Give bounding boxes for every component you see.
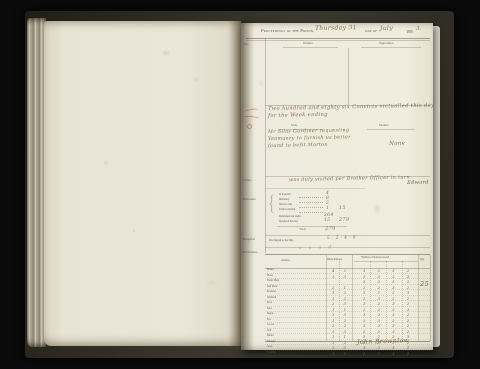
provision-label: Flour <box>267 274 273 277</box>
visit-underrule <box>265 188 365 189</box>
ration-values-a: 1 2 <box>326 351 352 356</box>
sick-row-label: Under restraint <box>279 208 295 211</box>
qty-header: Qty. <box>420 258 425 261</box>
ration-values-b: 2 2 3 2 <box>354 351 418 356</box>
names-underline <box>283 47 338 48</box>
provisions-table: Articles. Daily Rations Number of Ration… <box>265 254 430 342</box>
marginal-count-annotation: 25 <box>420 281 429 288</box>
column-divider-rule <box>348 48 349 105</box>
provision-label: Peas <box>267 301 272 304</box>
red-ink-dot <box>247 124 252 129</box>
photograph-of-ledger: Proceedings at the Prison, Thursday 31 D… <box>0 0 480 369</box>
provision-label: Candles <box>267 351 276 354</box>
provision-label: Soap <box>267 345 272 348</box>
discharge-label: Discharged to the Ship <box>269 239 294 242</box>
provision-label: Cocoa <box>267 323 274 326</box>
handwritten-report-line3: found to befit Morton <box>268 144 328 150</box>
dotted-leader <box>299 206 323 208</box>
sick-row-value: 1 <box>326 207 329 212</box>
group-b-subrule <box>354 261 418 262</box>
handwritten-entry-line2: for the Week ending <box>268 113 328 119</box>
margin-hospital-label: Hospital. <box>243 238 255 241</box>
provision-row: Candles1 22 2 3 2 <box>265 351 430 357</box>
deaths-sublabel: Deaths. <box>379 124 389 127</box>
provision-label: Salt <box>267 329 271 332</box>
handwritten-month: July <box>380 26 393 32</box>
group-b-header: Number of Rations issued <box>361 256 389 259</box>
blank-left-page <box>44 21 241 346</box>
discharge-bottom-rule <box>265 247 430 248</box>
proceedings-form-page: Proceedings at the Prison, Thursday 31 D… <box>241 23 433 350</box>
form-title: Proceedings at the Prison, <box>261 29 315 34</box>
day-of-label: DAY OF <box>365 30 377 33</box>
sick-row-label: Infirmary <box>279 198 289 201</box>
provision-label: Vinegar <box>267 340 276 343</box>
total-value: 279 <box>325 227 336 232</box>
red-ink-mark <box>244 108 258 114</box>
sick-subtotal: 15 <box>339 207 346 212</box>
handwritten-report-line2: Yeomanry to furnish us better <box>268 136 351 143</box>
signatures-column-label: Signatures. <box>379 42 394 45</box>
provision-label: Butter <box>267 334 274 337</box>
count-row-value: 15 <box>324 219 331 224</box>
provision-label: Tea <box>267 318 271 321</box>
handwritten-entry-line1: Two hundred and eighty six Convicts vict… <box>268 104 434 113</box>
header-rule <box>246 38 430 39</box>
margin-vertical-rule <box>265 38 266 253</box>
handwritten-visit-line: was duly visited per Brother Officer in … <box>289 176 410 183</box>
dotted-leader <box>299 201 323 203</box>
margin-no-label: No. <box>244 43 249 46</box>
margin-provisions-label: Provisions. <box>243 251 258 254</box>
provision-label: Potatoes <box>267 290 276 293</box>
handwritten-day: Thursday 31 <box>315 25 357 32</box>
year-prefix: 185 <box>406 30 413 35</box>
count-row-label: Remained last night <box>279 215 301 218</box>
sick-row-label: Sick in cells <box>279 203 292 206</box>
provision-label: Sugar <box>267 312 273 315</box>
provision-label: Oatmeal <box>267 296 276 299</box>
margin-visits-label: Visits. <box>243 179 252 182</box>
header-rule-light <box>246 40 430 41</box>
handwritten-year-digit: 3. <box>416 27 422 33</box>
articles-header: Articles. <box>281 259 290 262</box>
deaths-sublabel-rule <box>367 129 415 130</box>
count-subtotal: 279 <box>339 219 349 224</box>
deaths-value-handwritten: None <box>389 142 405 148</box>
provision-label: Salt Meat <box>267 285 277 288</box>
handwritten-column-marks: a a a d <box>299 246 332 251</box>
provision-label: Fresh Meat <box>267 279 279 282</box>
group-a-header: Daily Rations <box>327 258 342 261</box>
discharge-values: 5 · 2 · 4 · 8 <box>327 236 356 241</box>
red-ink-mark <box>243 115 259 121</box>
handwritten-visit-name: Edward <box>407 181 429 186</box>
table-vertical-rule <box>430 255 431 341</box>
sick-row-label: In hospital <box>279 193 290 196</box>
margin-prisoners-label: Prisoners. <box>243 198 257 201</box>
tally-brace: { <box>268 192 275 218</box>
dotted-leader <box>299 211 323 213</box>
total-label: Total <box>299 228 306 231</box>
count-row-label: Received this day <box>279 220 298 223</box>
provision-label: Bread <box>267 268 273 271</box>
dotted-leader <box>299 196 323 198</box>
signatures-underline <box>361 47 421 48</box>
sick-sublabel: Sick. <box>291 124 298 127</box>
names-column-label: Names. <box>303 42 313 45</box>
provision-label: Rice <box>267 307 272 310</box>
total-rule <box>277 226 347 227</box>
